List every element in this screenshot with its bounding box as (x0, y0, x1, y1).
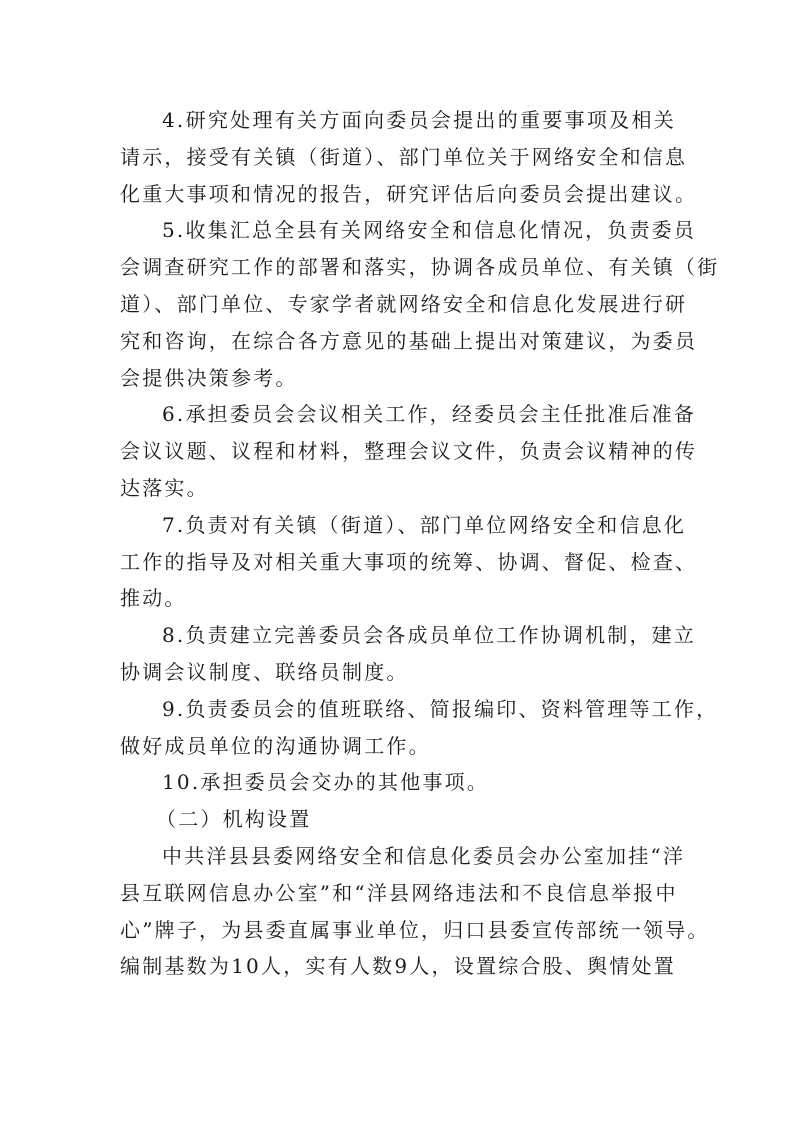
document-page: 4.研究处理有关方面向委员会提出的重要事项及相关 请示，接受有关镇（街道）、部门… (120, 102, 676, 985)
text-line: 会议议题、议程和材料，整理会议文件，负责会议精神的传 (120, 433, 676, 470)
text-line: 9.负责委员会的值班联络、简报编印、资料管理等工作， (120, 691, 676, 728)
text-line: 推动。 (120, 580, 676, 617)
text-line: 道）、部门单位、专家学者就网络安全和信息化发展进行研 (120, 286, 676, 323)
text-line: 编制基数为10人，实有人数9人，设置综合股、舆情处置 (120, 948, 676, 985)
text-line: 中共洋县县委网络安全和信息化委员会办公室加挂“洋 (120, 838, 676, 875)
paragraph-item-7: 7.负责对有关镇（街道）、部门单位网络安全和信息化 工作的指导及对相关重大事项的… (120, 507, 676, 617)
text-line: 4.研究处理有关方面向委员会提出的重要事项及相关 (120, 102, 676, 139)
text-line: 会提供决策参考。 (120, 360, 676, 397)
text-line: 工作的指导及对相关重大事项的统筹、协调、督促、检查、 (120, 544, 676, 581)
text-line: 5.收集汇总全县有关网络安全和信息化情况，负责委员 (120, 212, 676, 249)
heading-text: （二）机构设置 (120, 801, 676, 838)
paragraph-item-10: 10.承担委员会交办的其他事项。 (120, 764, 676, 801)
paragraph-item-8: 8.负责建立完善委员会各成员单位工作协调机制，建立 协调会议制度、联络员制度。 (120, 617, 676, 691)
text-line: 10.承担委员会交办的其他事项。 (120, 764, 676, 801)
text-line: 究和咨询，在综合各方意见的基础上提出对策建议，为委员 (120, 323, 676, 360)
paragraph-item-5: 5.收集汇总全县有关网络安全和信息化情况，负责委员 会调查研究工作的部署和落实，… (120, 212, 676, 396)
paragraph-item-4: 4.研究处理有关方面向委员会提出的重要事项及相关 请示，接受有关镇（街道）、部门… (120, 102, 676, 212)
text-line: 做好成员单位的沟通协调工作。 (120, 728, 676, 765)
text-line: 请示，接受有关镇（街道）、部门单位关于网络安全和信息 (120, 139, 676, 176)
text-line: 心”牌子，为县委直属事业单位，归口县委宣传部统一领导。 (120, 912, 676, 949)
paragraph-item-9: 9.负责委员会的值班联络、简报编印、资料管理等工作， 做好成员单位的沟通协调工作… (120, 691, 676, 765)
text-line: 县互联网信息办公室”和“洋县网络违法和不良信息举报中 (120, 875, 676, 912)
text-line: 协调会议制度、联络员制度。 (120, 654, 676, 691)
text-line: 会调查研究工作的部署和落实，协调各成员单位、有关镇（街 (120, 249, 676, 286)
section-heading: （二）机构设置 (120, 801, 676, 838)
text-line: 8.负责建立完善委员会各成员单位工作协调机制，建立 (120, 617, 676, 654)
text-line: 达落实。 (120, 470, 676, 507)
text-line: 7.负责对有关镇（街道）、部门单位网络安全和信息化 (120, 507, 676, 544)
paragraph-org-setup: 中共洋县县委网络安全和信息化委员会办公室加挂“洋 县互联网信息办公室”和“洋县网… (120, 838, 676, 985)
text-line: 化重大事项和情况的报告，研究评估后向委员会提出建议。 (120, 176, 676, 213)
paragraph-item-6: 6.承担委员会会议相关工作，经委员会主任批准后准备 会议议题、议程和材料，整理会… (120, 396, 676, 506)
text-line: 6.承担委员会会议相关工作，经委员会主任批准后准备 (120, 396, 676, 433)
